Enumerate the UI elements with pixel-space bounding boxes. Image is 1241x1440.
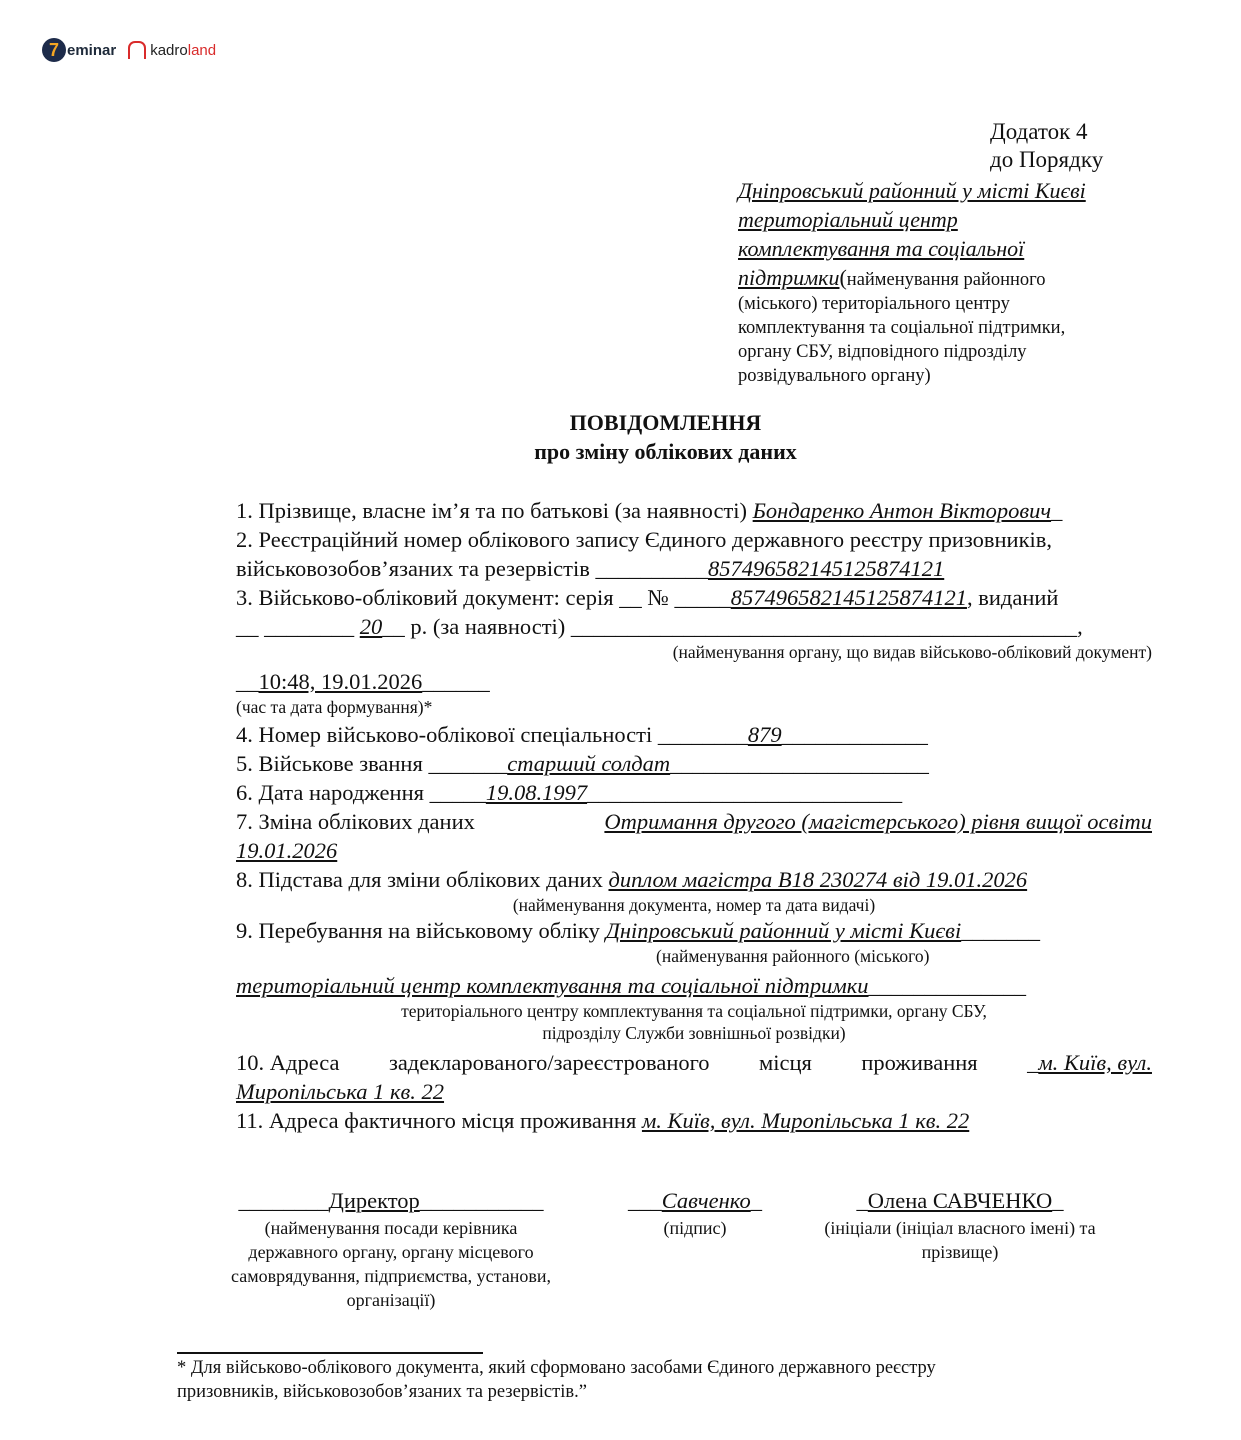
seminar-logo: 7 eminar <box>42 38 116 62</box>
field-1-full-name: 1. Прізвище, власне ім’я та по батькові … <box>236 496 1152 525</box>
signature-sign: ___Савченко_ (підпис) <box>615 1186 775 1240</box>
recipient-organization: Дніпровський районний у місті Києві тери… <box>738 176 1138 388</box>
rank-value: старший солдат <box>507 751 670 776</box>
form-body: 1. Прізвище, власне ім’я та по батькові … <box>236 496 1152 1135</box>
org-caption-line: (міського) територіального центру <box>738 292 1138 316</box>
seminar-seven-icon: 7 <box>42 38 66 62</box>
field-9-registration: 9. Перебування на військовому обліку Дні… <box>236 916 1152 945</box>
org-name-line: підтримки <box>738 265 839 290</box>
org-caption: (найменування районного <box>839 265 1045 290</box>
change-date-value: 19.01.2026 <box>236 838 337 863</box>
change-value: Отримання другого (магістерського) рівня… <box>604 807 1152 836</box>
field-3-caption: (найменування органу, що видав військово… <box>236 641 1152 663</box>
basis-value: диплом магістра В18 230274 від 19.01.202… <box>608 867 1027 892</box>
house-icon <box>128 41 146 59</box>
field-9-registration-cont: територіальний центр комплектування та с… <box>236 971 1152 1000</box>
birth-date-value: 19.08.1997 <box>486 780 587 805</box>
position-value: Директор <box>328 1188 419 1213</box>
org-name-line: територіальний центр <box>738 205 958 234</box>
registration-value: Дніпровський районний у місті Києві <box>606 918 962 943</box>
specialty-value: 879 <box>748 722 782 747</box>
footnote: * Для військово-облікового документа, як… <box>177 1356 1057 1404</box>
field-7-change: 7. Зміна облікових даних Отримання друго… <box>236 807 1152 836</box>
actual-address-value: м. Київ, вул. Миропільська 1 кв. 22 <box>642 1108 969 1133</box>
field-4-specialty: 4. Номер військово-облікової спеціальнос… <box>236 720 1152 749</box>
signature-value: Савченко <box>662 1188 751 1213</box>
org-caption-line: розвідувального органу) <box>738 364 1138 388</box>
issue-year-value: 20 <box>360 614 383 639</box>
field-11-actual-address: 11. Адреса фактичного місця проживання м… <box>236 1106 1152 1135</box>
addendum-reference: Додаток 4 до Порядку <box>990 118 1103 174</box>
org-name-line: комплектування та соціальної <box>738 234 1024 263</box>
declared-address-value-cont: Миропільська 1 кв. 22 <box>236 1079 444 1104</box>
document-title: ПОВІДОМЛЕННЯ про зміну облікових даних <box>0 408 1241 466</box>
header-logos: 7 eminar kadroland <box>42 38 216 62</box>
document-number-value: 857496582145125874121 <box>731 585 967 610</box>
signature-name: _Олена САВЧЕНКО_ (ініціали (ініціал влас… <box>795 1186 1125 1264</box>
field-2-label: 2. Реєстраційний номер облікового запису… <box>236 525 1152 554</box>
field-8-caption: (найменування документа, номер та дата в… <box>236 894 1152 916</box>
field-8-basis: 8. Підстава для зміни облікових даних ди… <box>236 865 1152 894</box>
field-3-military-document: 3. Військово-обліковий документ: серія _… <box>236 583 1152 612</box>
org-caption-line: органу СБУ, відповідного підрозділу <box>738 340 1138 364</box>
registration-value-cont: територіальний центр комплектування та с… <box>236 973 869 998</box>
declared-address-value: м. Київ, вул. <box>1038 1050 1152 1075</box>
registry-number-value: 857496582145125874121 <box>708 556 944 581</box>
field-3-issued: __ ________ 20__ р. (за наявності) _____… <box>236 612 1152 641</box>
field-5-rank: 5. Військове звання _______старший солда… <box>236 749 1152 778</box>
field-10-declared-address: 10. Адреса задекларованого/зареєстровано… <box>236 1048 1152 1077</box>
field-9-caption-c: підрозділу Служби зовнішньої розвідки) <box>236 1022 1152 1044</box>
signature-position: ________Директор___________ (найменуванн… <box>196 1186 586 1312</box>
org-caption-line: комплектування та соціальної підтримки, <box>738 316 1138 340</box>
formation-time-caption: (час та дата формування)* <box>236 696 1152 718</box>
footnote-divider <box>177 1352 483 1354</box>
field-3-formation-time: __10:48, 19.01.2026______ <box>236 667 1152 696</box>
field-9-caption-a: (найменування районного (міського) <box>236 945 1152 967</box>
field-9-caption-b: територіального центру комплектування та… <box>236 1000 1152 1022</box>
kadroland-logo: kadroland <box>128 41 216 59</box>
field-6-birth-date: 6. Дата народження _____19.08.1997______… <box>236 778 1152 807</box>
org-name-line: Дніпровський районний у місті Києві <box>738 176 1138 205</box>
field-2-registry-number: військовозобов’язаних та резервістів ___… <box>236 554 1152 583</box>
signatory-name-value: Олена САВЧЕНКО <box>868 1188 1052 1213</box>
full-name-value: Бондаренко Антон Вікторович <box>753 498 1051 523</box>
formation-time-value: 10:48, 19.01.2026 <box>259 669 423 694</box>
